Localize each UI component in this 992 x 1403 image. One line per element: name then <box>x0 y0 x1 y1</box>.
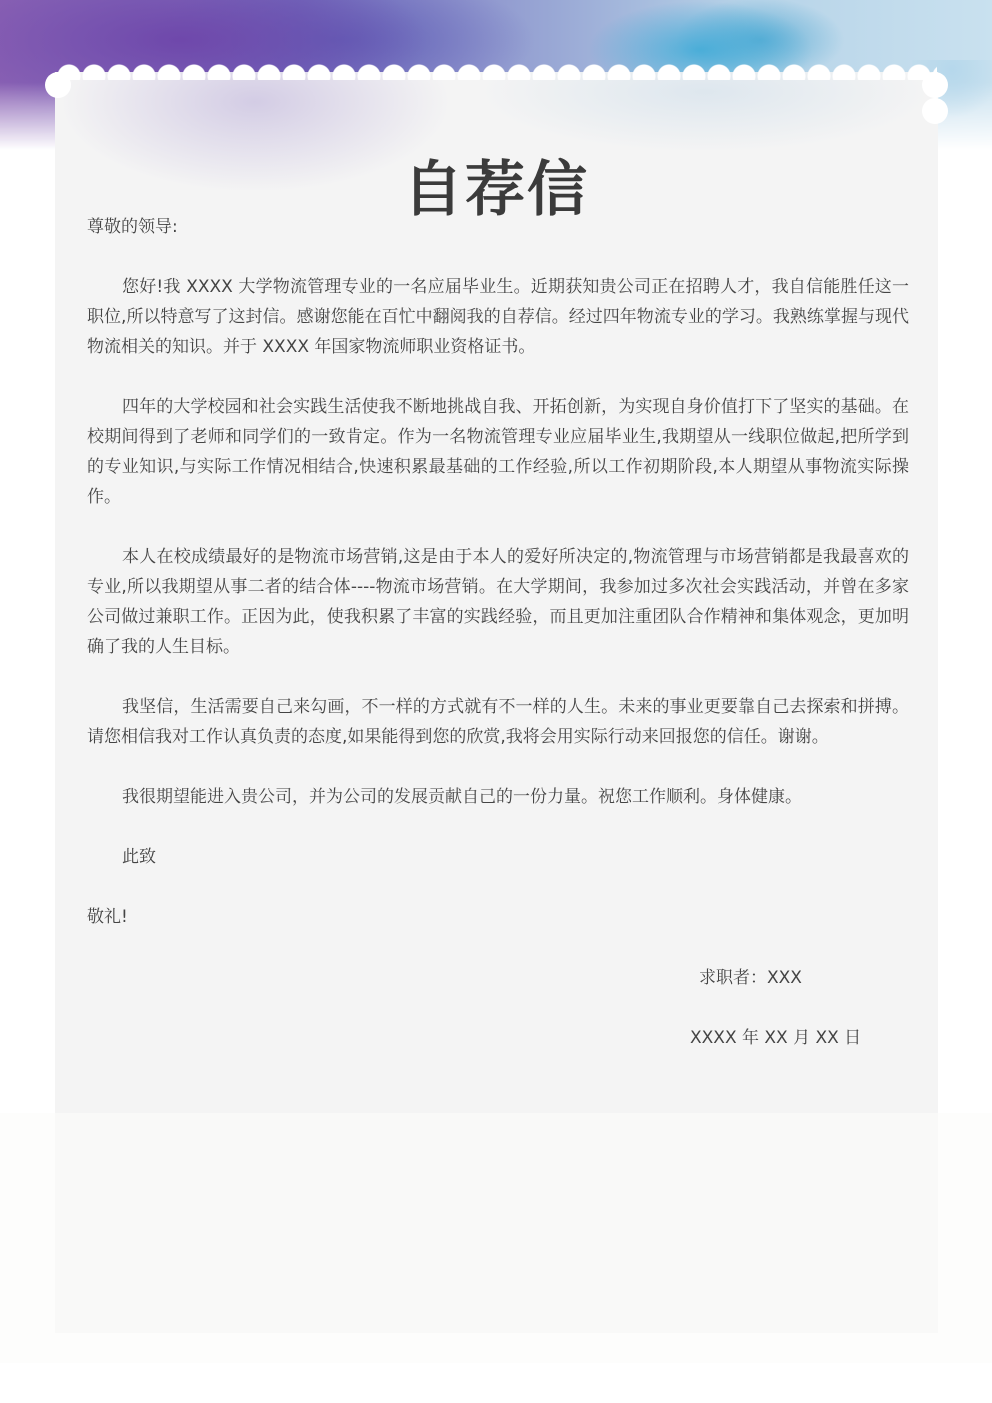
date: XXXX 年 XX 月 XX 日 <box>690 1023 861 1053</box>
paragraph-1: 您好!我 XXXX 大学物流管理专业的一名应届毕业生。近期获知贵公司正在招聘人才… <box>87 272 909 362</box>
salutation: 尊敬的领导: <box>87 212 909 242</box>
paragraph-2: 四年的大学校园和社会实践生活使我不断地挑战自我、开拓创新，为实现自身价值打下了坚… <box>87 392 909 512</box>
scalloped-edge-decoration <box>57 64 937 80</box>
paragraph-5: 我很期望能进入贵公司，并为公司的发展贡献自己的一份力量。祝您工作顺利。身体健康。 <box>87 782 909 812</box>
closing-line-1: 此致 <box>87 842 909 872</box>
paragraph-3: 本人在校成绩最好的是物流市场营销,这是由于本人的爱好所决定的,物流管理与市场营销… <box>87 542 909 662</box>
paragraph-4: 我坚信，生活需要自己来勾画，不一样的方式就有不一样的人生。未来的事业更要靠自己去… <box>87 692 909 752</box>
scallop-corner-right-1 <box>922 72 948 98</box>
scallop-corner-left <box>45 72 71 98</box>
signature: 求职者：XXX <box>699 963 802 993</box>
closing-line-2: 敬礼! <box>87 902 909 932</box>
bottom-background-band <box>0 1113 992 1363</box>
letter-body: 尊敬的领导: 您好!我 XXXX 大学物流管理专业的一名应届毕业生。近期获知贵公… <box>87 212 909 962</box>
scallop-corner-right-2 <box>922 98 948 124</box>
